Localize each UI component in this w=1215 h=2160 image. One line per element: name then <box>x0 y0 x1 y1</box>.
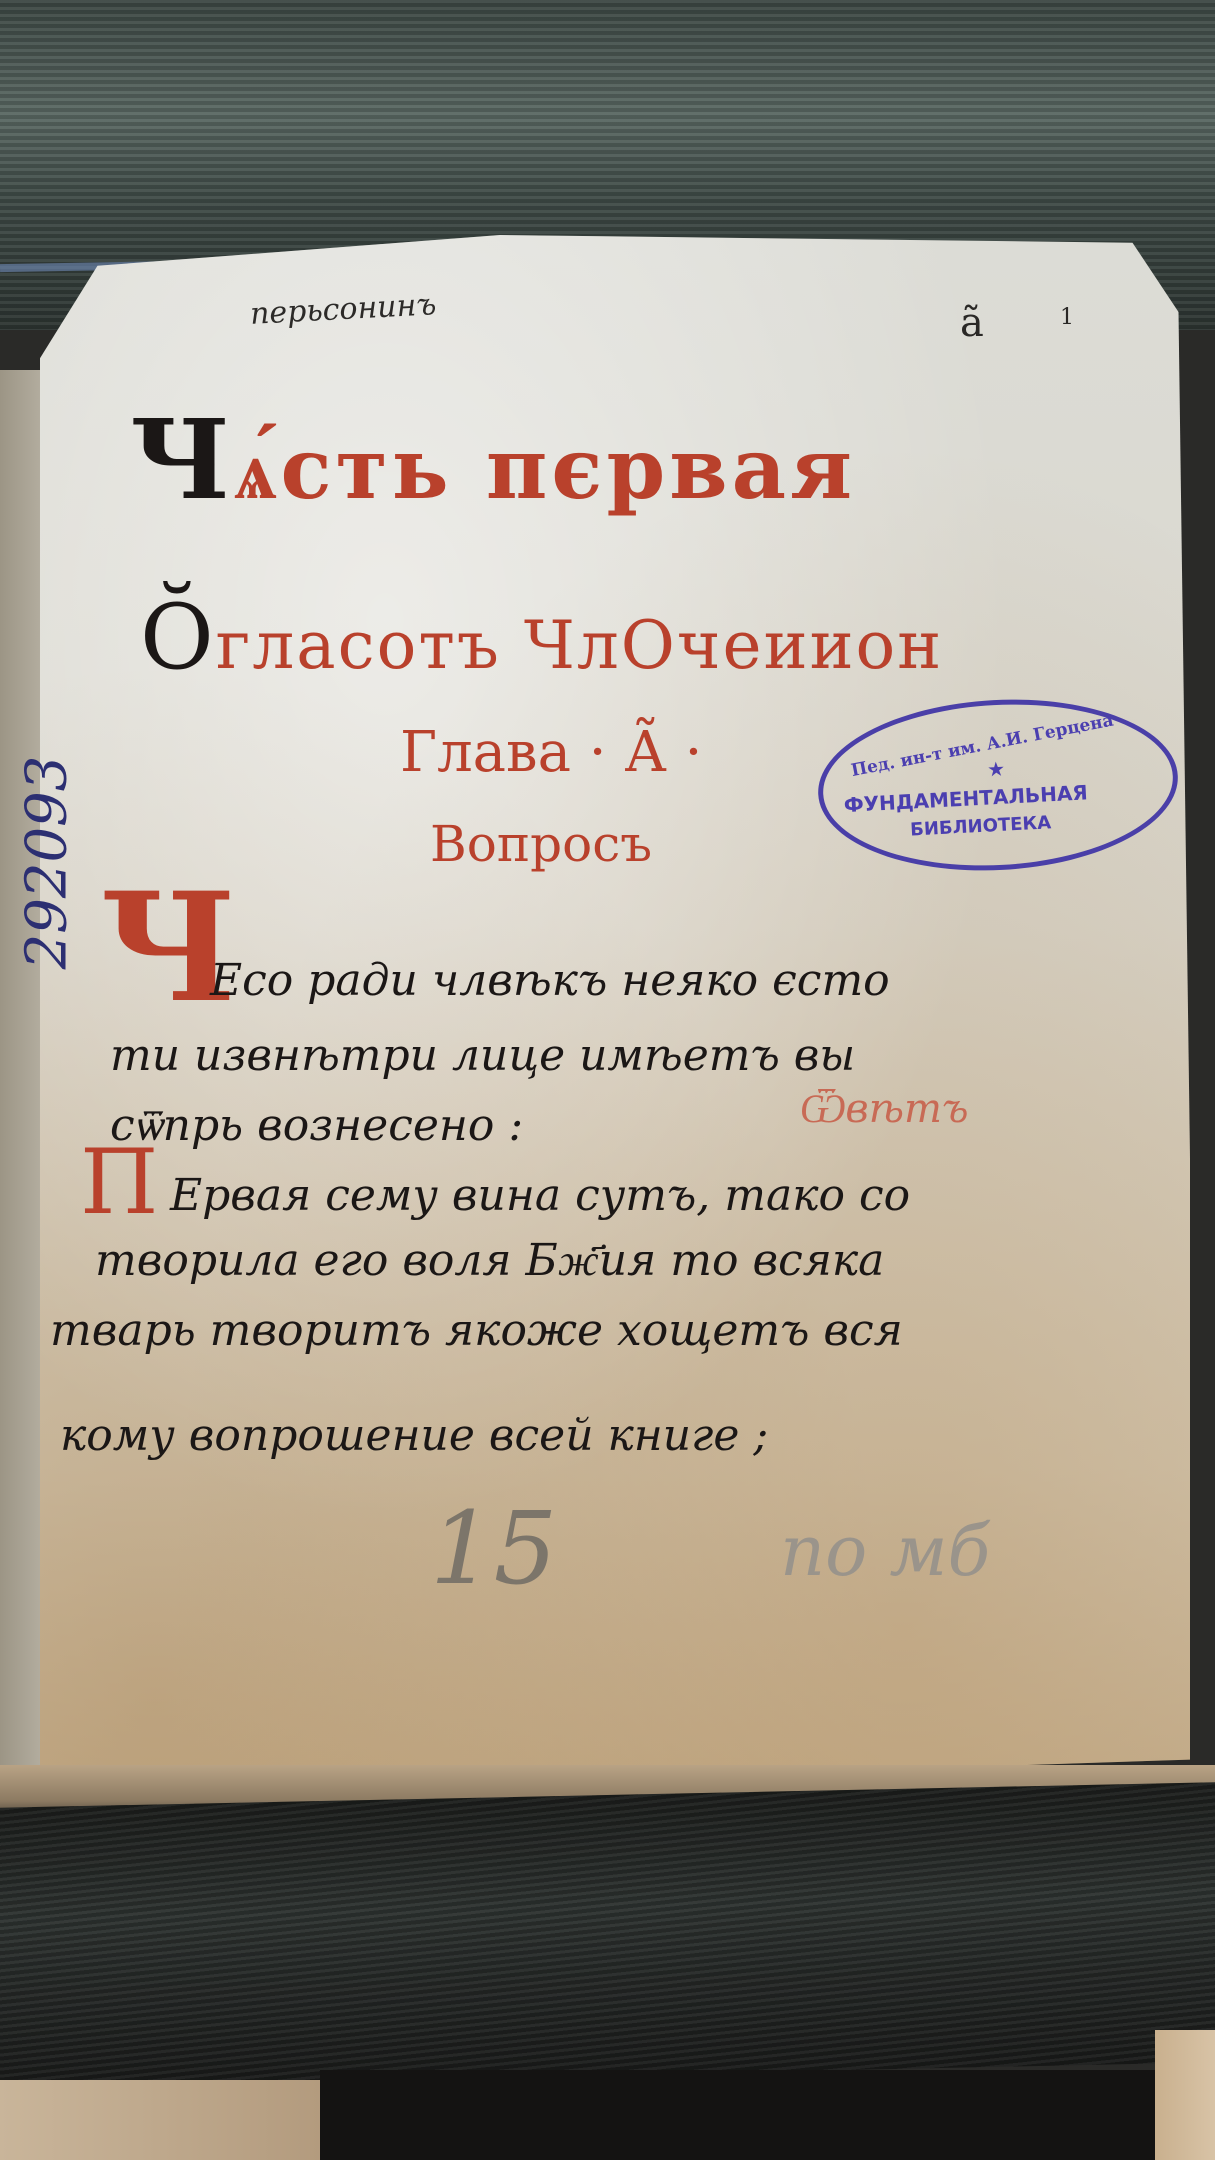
drop-cap-ch: Ч <box>100 860 237 1036</box>
stamp-institution: Пед. ин-т им. А.И. Герцена <box>849 711 1115 782</box>
stamp-line-1: ФУНДАМЕНТАЛЬНАЯ <box>843 780 1088 817</box>
title-rest: ѧ́сть пєрвая <box>234 419 856 518</box>
body-line-2: ти извнѣтри лице имѣетъ вы <box>110 1030 855 1081</box>
star-icon: ★ <box>987 757 1006 782</box>
folio-letter: а̃ <box>960 300 984 346</box>
body-line-5: творила его воля Бж҃ия то всяка <box>95 1235 884 1286</box>
body-line-7: кому вопрошение всей книге ; <box>60 1410 768 1461</box>
body-line-4: Ервая сему вина сутъ, тако со <box>170 1170 910 1221</box>
title-part-one: Чѧ́сть пєрвая <box>130 395 856 524</box>
body-line-6: тварь творитъ якоже хощетъ вся <box>50 1305 903 1356</box>
table-surface-right <box>1155 2030 1215 2160</box>
catalog-number: 292093 <box>14 756 79 970</box>
pencil-note: по мб <box>780 1510 990 1592</box>
pencil-page-number: 15 <box>430 1490 557 1607</box>
answer-heading: Ѿвѣтъ <box>800 1085 969 1132</box>
folio-number: 1 <box>1060 305 1074 330</box>
title2-rest: гласотъ ЧлОчеиион <box>216 607 943 684</box>
shadow-under-book <box>320 2070 1160 2160</box>
title-line-two: О̆гласотъ ЧлОчеиион <box>140 585 943 690</box>
question-heading: Вопросъ <box>430 815 652 873</box>
title-initial: Ч <box>130 395 234 524</box>
body-line-1: Есо ради члвѣкъ неяко єсто <box>210 955 890 1006</box>
book-cover-bottom <box>0 1782 1215 2087</box>
chapter-heading: Глава · А̃ · <box>400 720 702 785</box>
title2-initial: О̆ <box>140 585 216 690</box>
body-line-3: сѿпрь вознесено : <box>110 1100 523 1151</box>
table-surface-left <box>0 2080 320 2160</box>
stamp-line-2: БИБЛИОТЕКА <box>910 812 1052 840</box>
